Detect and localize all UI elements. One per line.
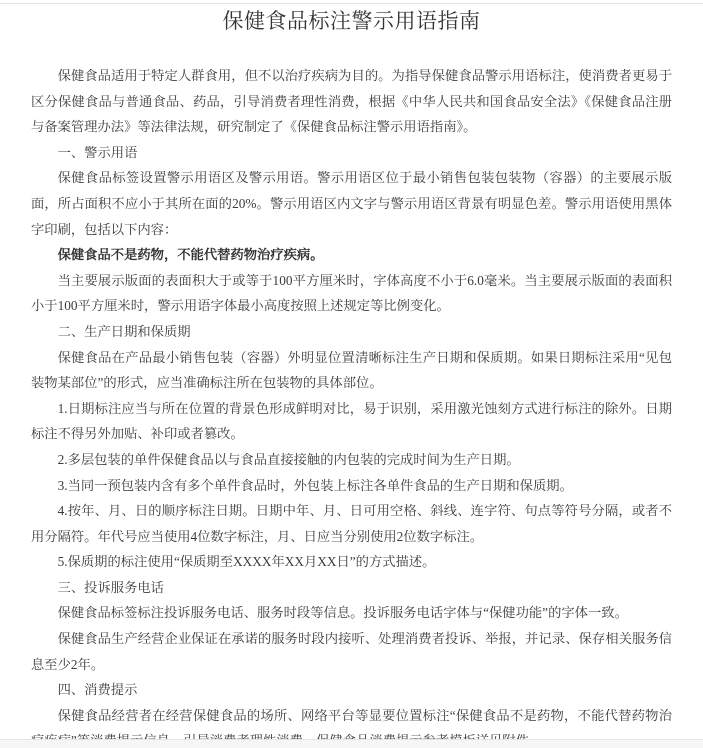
paragraph: 当主要展示版面的表面积大于或等于100平方厘米时，字体高度不小于6.0毫米。当主… [31,268,672,319]
paragraph: 保健食品生产经营企业保证在承诺的服务时段内接听、处理消费者投诉、举报，并记录、保… [31,626,672,677]
document-page: { "document": { "title": "保健食品标注警示用语指南",… [0,0,703,748]
page-title: 保健食品标注警示用语指南 [31,0,672,32]
section-heading-3: 三、投诉服务电话 [31,575,672,601]
document-body: 保健食品标注警示用语指南 保健食品适用于特定人群食用，但不以治疗疾病为目的。为指… [0,0,703,748]
bottom-strip [0,739,703,748]
section-heading-4: 四、消费提示 [31,677,672,703]
paragraph: 保健食品标签设置警示用语区及警示用语。警示用语区位于最小销售包装包装物（容器）的… [31,165,672,242]
section-heading-2: 二、生产日期和保质期 [31,319,672,345]
list-item-4: 4.按年、月、日的顺序标注日期。日期中年、月、日可用空格、斜线、连字符、句点等符… [31,498,672,549]
list-item-3: 3.当同一预包装内含有多个单件食品时，外包装上标注各单件食品的生产日期和保质期。 [31,473,672,499]
section-heading-1: 一、警示用语 [31,140,672,166]
intro-paragraph: 保健食品适用于特定人群食用，但不以治疗疾病为目的。为指导保健食品警示用语标注，使… [31,63,672,140]
paragraph: 保健食品标签标注投诉服务电话、服务时段等信息。投诉服务电话字体与“保健功能”的字… [31,600,672,626]
list-item-5: 5.保质期的标注使用“保质期至XXXX年XX月XX日”的方式描述。 [31,549,672,575]
list-item-2: 2.多层包装的单件保健食品以与食品直接接触的内包装的完成时间为生产日期。 [31,447,672,473]
list-item-1: 1.日期标注应当与所在位置的背景色形成鲜明对比，易于识别，采用激光蚀刻方式进行标… [31,396,672,447]
warning-statement: 保健食品不是药物，不能代替药物治疗疾病。 [31,242,672,268]
paragraph: 保健食品在产品最小销售包装（容器）外明显位置清晰标注生产日期和保质期。如果日期标… [31,345,672,396]
